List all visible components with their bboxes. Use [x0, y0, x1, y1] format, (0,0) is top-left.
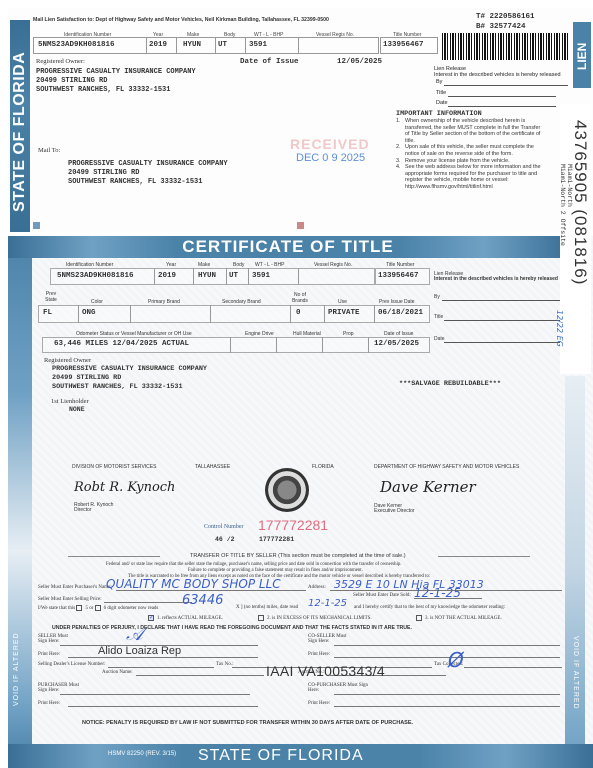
- info-item: 2.Upon sale of this vehicle, the seller …: [396, 144, 544, 157]
- cert-date-of-issue: 12/05/2025: [374, 340, 419, 348]
- sticker-handwritten-note: 12/22 EG: [555, 310, 564, 347]
- co-seller-sign-label: CO-SELLER Must Sign Here:: [308, 634, 352, 644]
- selling-price-label: Seller Must Enter Selling Price:: [38, 597, 102, 602]
- auction-name-label: Auction Name:: [102, 670, 133, 675]
- cert-owner-address: PROGRESSIVE CASUALTY INSURANCE COMPANY 2…: [52, 365, 207, 392]
- stub-registered-owner-label: Registered Owner:: [36, 58, 85, 65]
- important-information-list: 1.When ownership of the vehicle describe…: [396, 118, 544, 191]
- cert-owner-line1: PROGRESSIVE CASUALTY INSURANCE COMPANY: [52, 365, 207, 374]
- control-code: 46 /2: [215, 536, 235, 543]
- stub-vin: 5NMS23AD9KH081816: [38, 41, 115, 49]
- mileage-option-1[interactable]: ✓1. reflects ACTUAL MILEAGE.: [148, 615, 223, 621]
- address-field[interactable]: 3529 E 10 LN Hia FL 33013: [334, 578, 484, 591]
- info-item: 4.See the web address below for more inf…: [396, 164, 544, 190]
- cert-owner-line3: SOUTHWEST RANCHES, FL 33332-1531: [52, 383, 207, 392]
- purchaser-name-label: Seller Must Enter Purchaser's Name:: [38, 585, 112, 590]
- odometer-5-digit-checkbox[interactable]: [76, 605, 82, 611]
- cert-title-number: 133956467: [378, 272, 419, 280]
- void-if-altered-right-band: VOID IF ALTERED: [565, 376, 585, 756]
- transfer-notice-2: Failure to complete or providing a false…: [188, 568, 363, 573]
- certificate-title: CERTIFICATE OF TITLE: [8, 237, 568, 257]
- mail-to-address: PROGRESSIVE CASUALTY INSURANCE COMPANY 2…: [68, 160, 228, 187]
- cert-body: UT: [229, 272, 238, 280]
- void-if-altered-right-text: VOID IF ALTERED: [572, 636, 579, 710]
- footer-banner: HSMV 82250 (REV. 3/15) STATE OF FLORIDA: [8, 744, 593, 768]
- received-stamp: RECEIVED: [290, 136, 370, 152]
- stub-owner-address: PROGRESSIVE CASUALTY INSURANCE COMPANY 2…: [36, 68, 196, 95]
- odometer-date-read-field[interactable]: 12-1-25: [308, 598, 347, 609]
- sticker-line2: Miami-North 2 Offsite: [559, 164, 566, 246]
- stub-year: 2019: [149, 41, 167, 49]
- control-number-print: 177772281: [259, 536, 294, 543]
- seller-signature[interactable]: 𝒜: [126, 624, 143, 645]
- mileage-option-2[interactable]: 2. is IN EXCESS OF ITS MECHANICAL LIMITS…: [258, 615, 372, 621]
- salvage-rebuildable-note: ***SALVAGE REBUILDABLE***: [399, 380, 501, 388]
- cert-header-prev-state: Prev State: [44, 291, 58, 303]
- stub-make: HYUN: [183, 41, 201, 49]
- cert-wt: 3591: [252, 272, 270, 280]
- stub-owner-line1: PROGRESSIVE CASUALTY INSURANCE COMPANY: [36, 68, 196, 77]
- director-title: Director: [74, 507, 92, 513]
- odometer-suffix: X ] (no tenths) miles, date read: [236, 605, 298, 610]
- barcode: [442, 33, 568, 60]
- odometer-6-digit-checkbox[interactable]: [95, 605, 101, 611]
- sticker-number: 43765905 (081816): [570, 120, 590, 285]
- footer-state-of-florida: STATE OF FLORIDA: [198, 747, 364, 765]
- stub-title-number: 133956467: [383, 41, 424, 49]
- transfer-notice-1: Federal and/ or state law require that t…: [106, 562, 402, 567]
- division-of-motorist-services: DIVISION OF MOTORIST SERVICES: [72, 464, 156, 470]
- control-number-label: Control Number: [204, 524, 244, 530]
- co-purchaser-sign-label: CO-PURCHASER Must Sign Here:: [308, 683, 368, 693]
- stub-lien-title-label: Title: [436, 90, 446, 96]
- auction-stamp-iaai: IAAI VA1005343/4: [266, 663, 385, 679]
- lien-band-text: LIEN: [575, 43, 589, 70]
- director-signature: Robt R. Kynoch: [74, 480, 175, 495]
- executive-director-title: Executive Director: [374, 508, 415, 514]
- mail-lien-satisfaction-address: Mail Lien Satisfaction to: Dept of Highw…: [33, 17, 329, 23]
- cert-header-no-of-brands: No of Brands: [290, 292, 310, 304]
- certificate-of-title: VOID IF ALTERED VOID IF ALTERED CERTIFIC…: [8, 236, 593, 768]
- mileage-option-3[interactable]: 3. is NOT THE ACTUAL MILEAGE.: [416, 615, 502, 621]
- florida-state-seal: [265, 468, 309, 512]
- first-lienholder-label: 1st Lienholder: [51, 398, 89, 405]
- info-item: 1.When ownership of the vehicle describe…: [396, 118, 544, 144]
- form-number: HSMV 82250 (REV. 3/15): [108, 751, 176, 757]
- stub-body: UT: [218, 41, 227, 49]
- received-stamp-date: DEC 0 9 2025: [296, 152, 365, 164]
- cert-color: ONG: [82, 309, 96, 317]
- state-of-florida-vertical-text: STATE OF FLORIDA: [11, 22, 29, 212]
- cert-owner-line2: 20499 STIRLING RD: [52, 374, 207, 383]
- processing-sticker: 43765905 (081816) Miami-North Miami-Nort…: [560, 104, 591, 374]
- purchaser-name-field[interactable]: QUALITY MC BODY SHOP LLC: [106, 577, 281, 591]
- cert-lien-release-text: Interest in the described vehicles is he…: [434, 276, 558, 282]
- cert-lien-by-label: By: [434, 294, 440, 300]
- odometer-statement: I/We state that this 5 or 6 digit odomet…: [38, 605, 158, 611]
- department-name: DEPARTMENT OF HIGHWAY SAFETY AND MOTOR V…: [374, 464, 519, 470]
- date-sold-label: Seller Must Enter Date Sold:: [353, 593, 411, 598]
- state-of-florida-band: STATE OF FLORIDA: [10, 20, 30, 232]
- purchaser-sign-label: PURCHASER Must Sign Here:: [38, 683, 88, 693]
- cert-make: HYUN: [198, 272, 216, 280]
- stub-lien-by-label: By: [436, 79, 442, 85]
- co-purchaser-print-label: Print Here:: [308, 701, 330, 706]
- cert-use: PRIVATE: [328, 309, 360, 317]
- seller-print-label: Print Here:: [38, 652, 60, 657]
- executive-director-signature: Dave Kerner: [380, 478, 476, 496]
- seller-sign-label: SELLER Must Sign Here:: [38, 634, 74, 644]
- b-number: B# 32577424: [476, 23, 526, 31]
- stub-lien-date-label: Date: [436, 100, 448, 106]
- penalty-notice: NOTICE: PENALTY IS REQUIRED BY LAW IF NO…: [82, 720, 413, 726]
- stub-lien-release-text: Interest in the described vehicles is he…: [434, 72, 574, 78]
- state-florida: FLORIDA: [312, 464, 334, 470]
- certificate-banner: CERTIFICATE OF TITLE: [8, 236, 568, 258]
- dealer-license-label: Selling Dealer's License Number:: [38, 662, 105, 667]
- purchaser-print-label: Print Here:: [38, 701, 60, 706]
- cert-prev-state: FL: [43, 309, 52, 317]
- cert-lien-date-label: Date: [434, 336, 445, 342]
- void-if-altered-left-band: VOID IF ALTERED: [8, 236, 32, 761]
- cert-vin: 5NMS23AD9KH081816: [57, 272, 134, 280]
- mail-to-label: Mail To:: [38, 147, 60, 154]
- stub-date-of-issue: 12/05/2025: [337, 58, 382, 66]
- address-label: Address:: [308, 585, 326, 590]
- red-marker-square: [297, 222, 304, 229]
- tax-collected-field[interactable]: Ø: [448, 648, 464, 672]
- cert-year: 2019: [158, 272, 176, 280]
- blue-marker-square: [33, 222, 40, 229]
- odometer-certify-text: and I hereby certify that to the best of…: [354, 605, 505, 610]
- odometer-reading-field[interactable]: 63446: [182, 593, 223, 608]
- date-sold-field[interactable]: 12-1-25: [414, 586, 461, 600]
- co-seller-print-label: Print Here:: [308, 652, 330, 657]
- cert-no-of-brands: 0: [296, 309, 301, 317]
- mail-to-line1: PROGRESSIVE CASUALTY INSURANCE COMPANY: [68, 160, 228, 169]
- control-number-red: 177772281: [258, 517, 328, 533]
- cert-lien-title-label: Title: [434, 314, 443, 320]
- mail-to-line3: SOUTHWEST RANCHES, FL 33332-1531: [68, 178, 228, 187]
- stub-owner-line3: SOUTHWEST RANCHES, FL 33332-1531: [36, 86, 196, 95]
- transfer-heading: TRANSFER OF TITLE BY SELLER (This sectio…: [190, 553, 406, 559]
- city-tallahassee: TALLAHASSEE: [195, 464, 230, 470]
- first-lienholder-value: NONE: [69, 406, 85, 413]
- info-item: 3.Remove your license plate from the veh…: [396, 158, 544, 165]
- perjury-statement: UNDER PENALTIES OF PERJURY, I DECLARE TH…: [52, 625, 412, 631]
- stub-owner-line2: 20499 STIRLING RD: [36, 77, 196, 86]
- cert-odometer-status: 63,446 MILES 12/04/2025 ACTUAL: [54, 340, 189, 348]
- lien-band: LIEN: [573, 22, 591, 88]
- tax-no-label: Tax No.:: [216, 662, 233, 667]
- mail-to-line2: 20499 STIRLING RD: [68, 169, 228, 178]
- t-number: T# 2220586161: [476, 13, 535, 21]
- important-information-title: IMPORTANT INFORMATION: [396, 110, 482, 118]
- cert-registered-owner-label: Registered Owner: [44, 357, 91, 364]
- stub-wt: 3591: [249, 41, 267, 49]
- void-if-altered-left-text: VOID IF ALTERED: [13, 632, 20, 706]
- sticker-line1: Miami-North: [566, 164, 573, 207]
- seller-print-field[interactable]: Alido Loaiza Rep: [98, 645, 181, 657]
- stub-date-of-issue-label: Date of Issue: [240, 58, 299, 66]
- cert-prev-issue-date: 06/18/2021: [378, 309, 423, 317]
